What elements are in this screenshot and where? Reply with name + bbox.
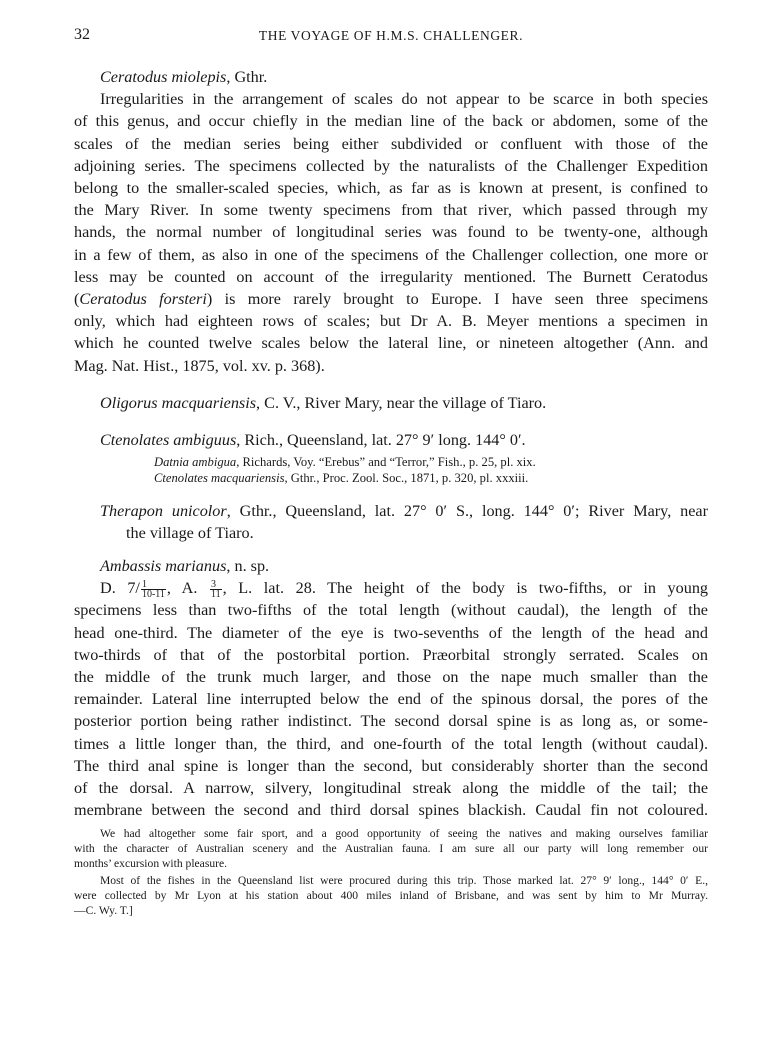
paragraph-line: hands, the normal number of longitudinal… (74, 221, 708, 243)
synonym-entry: Ctenolates macquariensis, Gthr., Proc. Z… (154, 471, 536, 487)
paragraph-line: which he counted twelve scales below the… (74, 332, 708, 354)
paragraph-line: of this genus, and occur chiefly in the … (74, 110, 708, 132)
paragraph-line: two-thirds of that of the postorbital po… (74, 644, 708, 666)
anal-fraction: 311 (210, 580, 222, 599)
paragraph-line: the middle of the trunk much larger, and… (74, 666, 708, 688)
section-therapon: Therapon unicolor, Gthr., Queensland, la… (74, 500, 708, 544)
footnote-line: months’ excursion with pleasure. (74, 856, 708, 871)
paragraph-line: of the dorsal. A narrow, silvery, longit… (74, 777, 708, 799)
species-heading: Ambassis marianus, n. sp. (74, 555, 708, 577)
paragraph-line: times a little longer than, the third, a… (74, 733, 708, 755)
synonym-entry: Datnia ambigua, Richards, Voy. “Erebus” … (154, 455, 536, 471)
section-ambassis: Ambassis marianus, n. sp. D. 7/110-11, A… (74, 555, 708, 821)
paragraph-line: scales of the median series being either… (74, 133, 708, 155)
paragraph-line: membrane between the second and third do… (74, 799, 708, 821)
footnote-signature: —C. Wy. T.] (74, 903, 708, 918)
species-entry: Ctenolates ambiguus, Rich., Queensland, … (74, 429, 708, 451)
page-header: 32 THE VOYAGE OF H.M.S. CHALLENGER. (74, 26, 708, 46)
section-ctenolates: Ctenolates ambiguus, Rich., Queensland, … (74, 429, 708, 451)
paragraph-line: the Mary River. In some twenty specimens… (74, 199, 708, 221)
species-entry: Oligorus macquariensis, C. V., River Mar… (74, 392, 708, 414)
paragraph-line: in a few of them, as also in one of the … (74, 244, 708, 266)
footnote-line: were collected by Mr Lyon at his station… (74, 888, 708, 903)
paragraph-line: The third anal spine is longer than the … (74, 755, 708, 777)
species-heading: Ceratodus miolepis, Gthr. (74, 66, 708, 88)
paragraph-line: belong to the smaller-scaled species, wh… (74, 177, 708, 199)
paragraph-line: (Ceratodus forsteri) is more rarely brou… (74, 288, 708, 310)
footnote-line: Most of the fishes in the Queensland lis… (74, 873, 708, 888)
species-entry-continuation: the village of Tiaro. (74, 522, 708, 544)
paragraph-line: posterior portion being rather indistinc… (74, 710, 708, 732)
fin-formula-line: D. 7/110-11, A. 311, L. lat. 28. The hei… (74, 577, 708, 599)
paragraph-line: Irregularities in the arrangement of sca… (74, 88, 708, 110)
paragraph-line: specimens less than two-fifths of the to… (74, 599, 708, 621)
paragraph-line: only, which had eighteen rows of scales;… (74, 310, 708, 332)
document-page: 32 THE VOYAGE OF H.M.S. CHALLENGER. Cera… (0, 0, 776, 1050)
footnote: We had altogether some fair sport, and a… (74, 826, 708, 918)
paragraph-line: Mag. Nat. Hist., 1875, vol. xv. p. 368). (74, 355, 708, 377)
paragraph-line: adjoining series. The specimens collecte… (74, 155, 708, 177)
footnote-line: We had altogether some fair sport, and a… (74, 826, 708, 841)
section-ceratodus: Ceratodus miolepis, Gthr. Irregularities… (74, 66, 708, 377)
section-oligorus: Oligorus macquariensis, C. V., River Mar… (74, 392, 708, 414)
synonymy-list: Datnia ambigua, Richards, Voy. “Erebus” … (154, 455, 536, 486)
paragraph-line: head one-third. The diameter of the eye … (74, 622, 708, 644)
species-entry: Therapon unicolor, Gthr., Queensland, la… (74, 500, 708, 522)
dorsal-fraction: 110-11 (141, 580, 166, 599)
running-title: THE VOYAGE OF H.M.S. CHALLENGER. (74, 28, 708, 44)
paragraph-line: less may be counted on account of the ir… (74, 266, 708, 288)
paragraph-line: remainder. Lateral line interrupted belo… (74, 688, 708, 710)
footnote-line: with the character of Australian scenery… (74, 841, 708, 856)
